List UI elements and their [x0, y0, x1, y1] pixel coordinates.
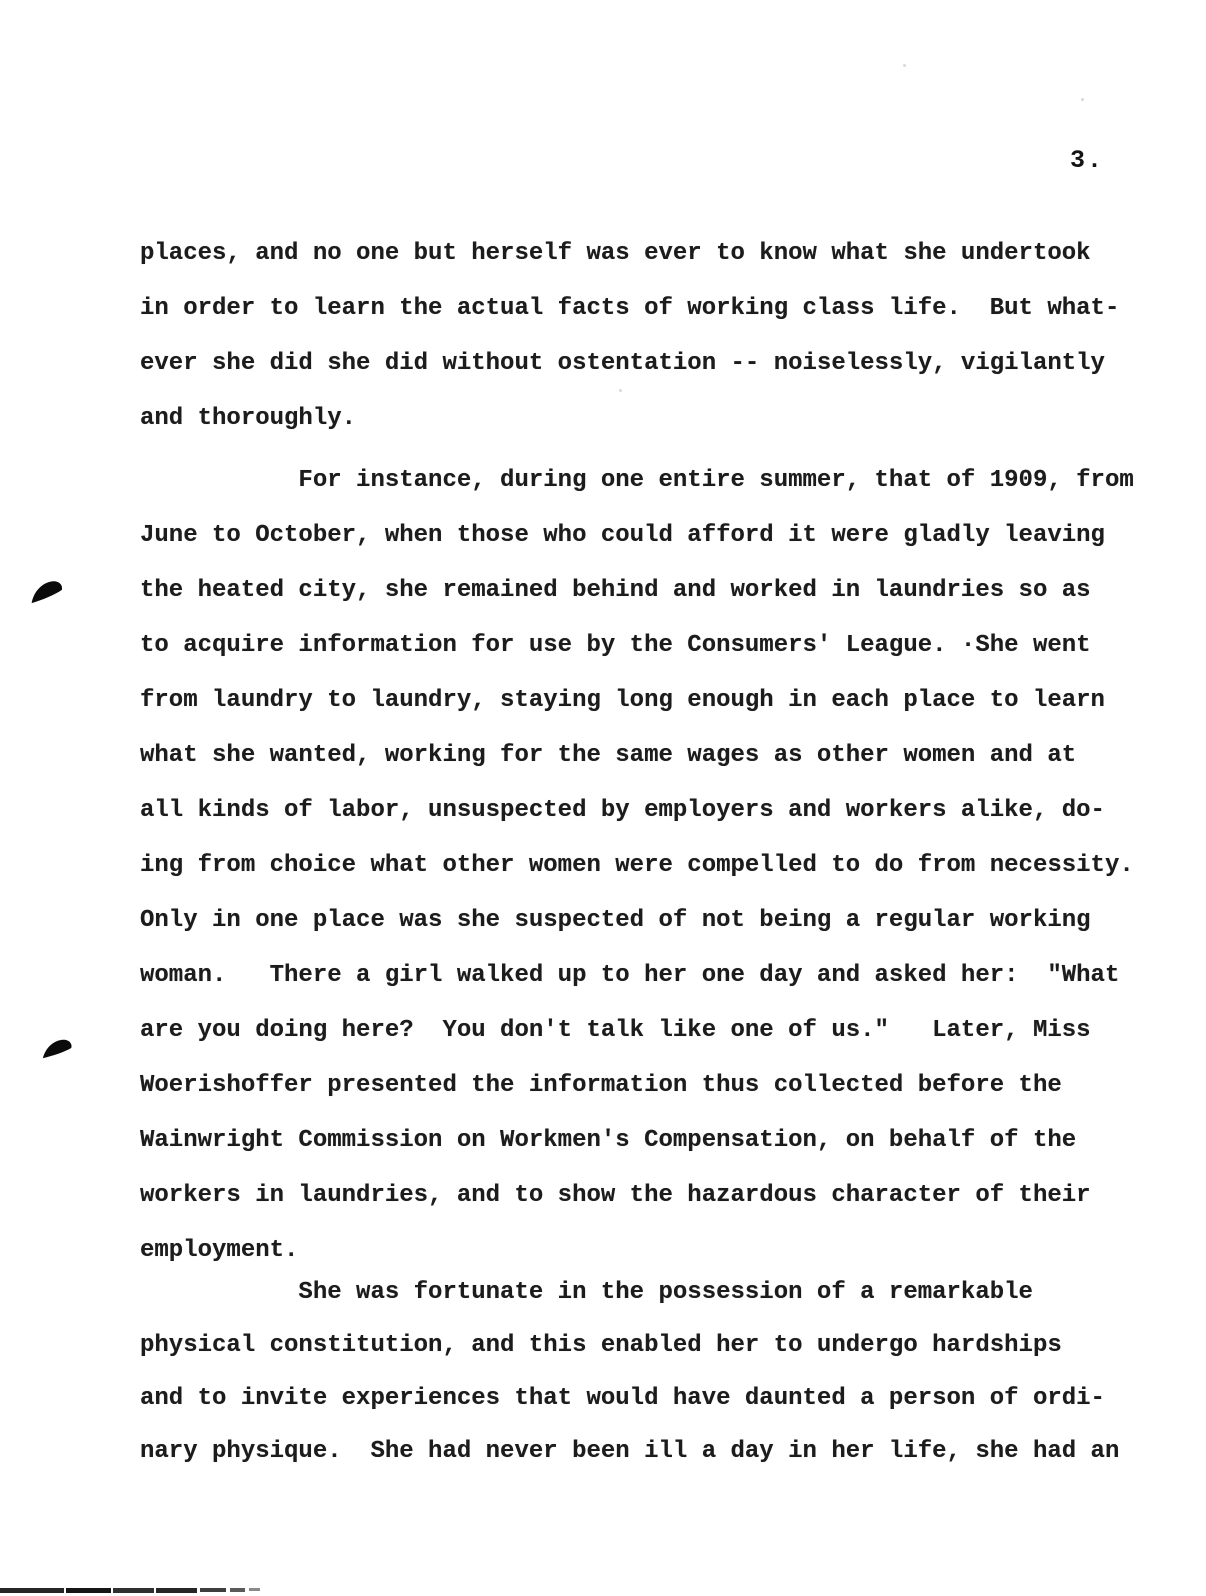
paragraph-2-line-10: woman. There a girl walked up to her one…: [140, 948, 1134, 1003]
scan-speck: [1081, 98, 1084, 101]
paragraph-2-line-14: workers in laundries, and to show the ha…: [140, 1168, 1134, 1223]
paragraph-2-line-13: Wainwright Commission on Workmen's Compe…: [140, 1113, 1134, 1168]
paragraph-2: For instance, during one entire summer, …: [140, 453, 1134, 1278]
paragraph-2-line-2: June to October, when those who could af…: [140, 508, 1134, 563]
paragraph-1-line-4: and thoroughly.: [140, 391, 1119, 446]
paragraph-2-line-3: the heated city, she remained behind and…: [140, 563, 1134, 618]
paragraph-3-line-3: and to invite experiences that would hav…: [140, 1372, 1119, 1425]
document-page: 3. places, and no one but herself was ev…: [0, 0, 1206, 1596]
paragraph-2-line-12: Woerishoffer presented the information t…: [140, 1058, 1134, 1113]
scan-edge-strip-segment: [230, 1588, 245, 1592]
paragraph-2-line-4: to acquire information for use by the Co…: [140, 618, 1134, 673]
scan-edge-strip-segment: [66, 1588, 111, 1593]
paragraph-2-line-7: all kinds of labor, unsuspected by emplo…: [140, 783, 1134, 838]
scan-speck: [619, 389, 622, 392]
paragraph-2-line-1: For instance, during one entire summer, …: [140, 453, 1134, 508]
paragraph-1: places, and no one but herself was ever …: [140, 226, 1119, 446]
scan-edge-strip-segment: [200, 1588, 226, 1592]
paragraph-3-line-4: nary physique. She had never been ill a …: [140, 1425, 1119, 1478]
scan-edge-strip-segment: [156, 1588, 197, 1593]
paragraph-3: She was fortunate in the possession of a…: [140, 1266, 1119, 1478]
ink-smudge-crescent-icon: [41, 1037, 74, 1063]
page-number: 3.: [1070, 146, 1104, 175]
paragraph-3-line-2: physical constitution, and this enabled …: [140, 1319, 1119, 1372]
paragraph-1-line-1: places, and no one but herself was ever …: [140, 226, 1119, 281]
paragraph-2-line-6: what she wanted, working for the same wa…: [140, 728, 1134, 783]
paragraph-2-line-11: are you doing here? You don't talk like …: [140, 1003, 1134, 1058]
scan-speck: [903, 64, 906, 67]
paragraph-2-line-5: from laundry to laundry, staying long en…: [140, 673, 1134, 728]
paragraph-2-line-9: Only in one place was she suspected of n…: [140, 893, 1134, 948]
paragraph-1-line-2: in order to learn the actual facts of wo…: [140, 281, 1119, 336]
paragraph-2-line-8: ing from choice what other women were co…: [140, 838, 1134, 893]
scan-edge-strip-segment: [249, 1588, 260, 1591]
ink-smudge-crescent-icon: [30, 580, 64, 606]
scan-edge-strip: [0, 1588, 280, 1596]
paragraph-3-line-1: She was fortunate in the possession of a…: [140, 1266, 1119, 1319]
scan-edge-strip-segment: [113, 1588, 154, 1593]
paragraph-1-line-3: ever she did she did without ostentation…: [140, 336, 1119, 391]
scan-edge-strip-segment: [0, 1588, 64, 1593]
